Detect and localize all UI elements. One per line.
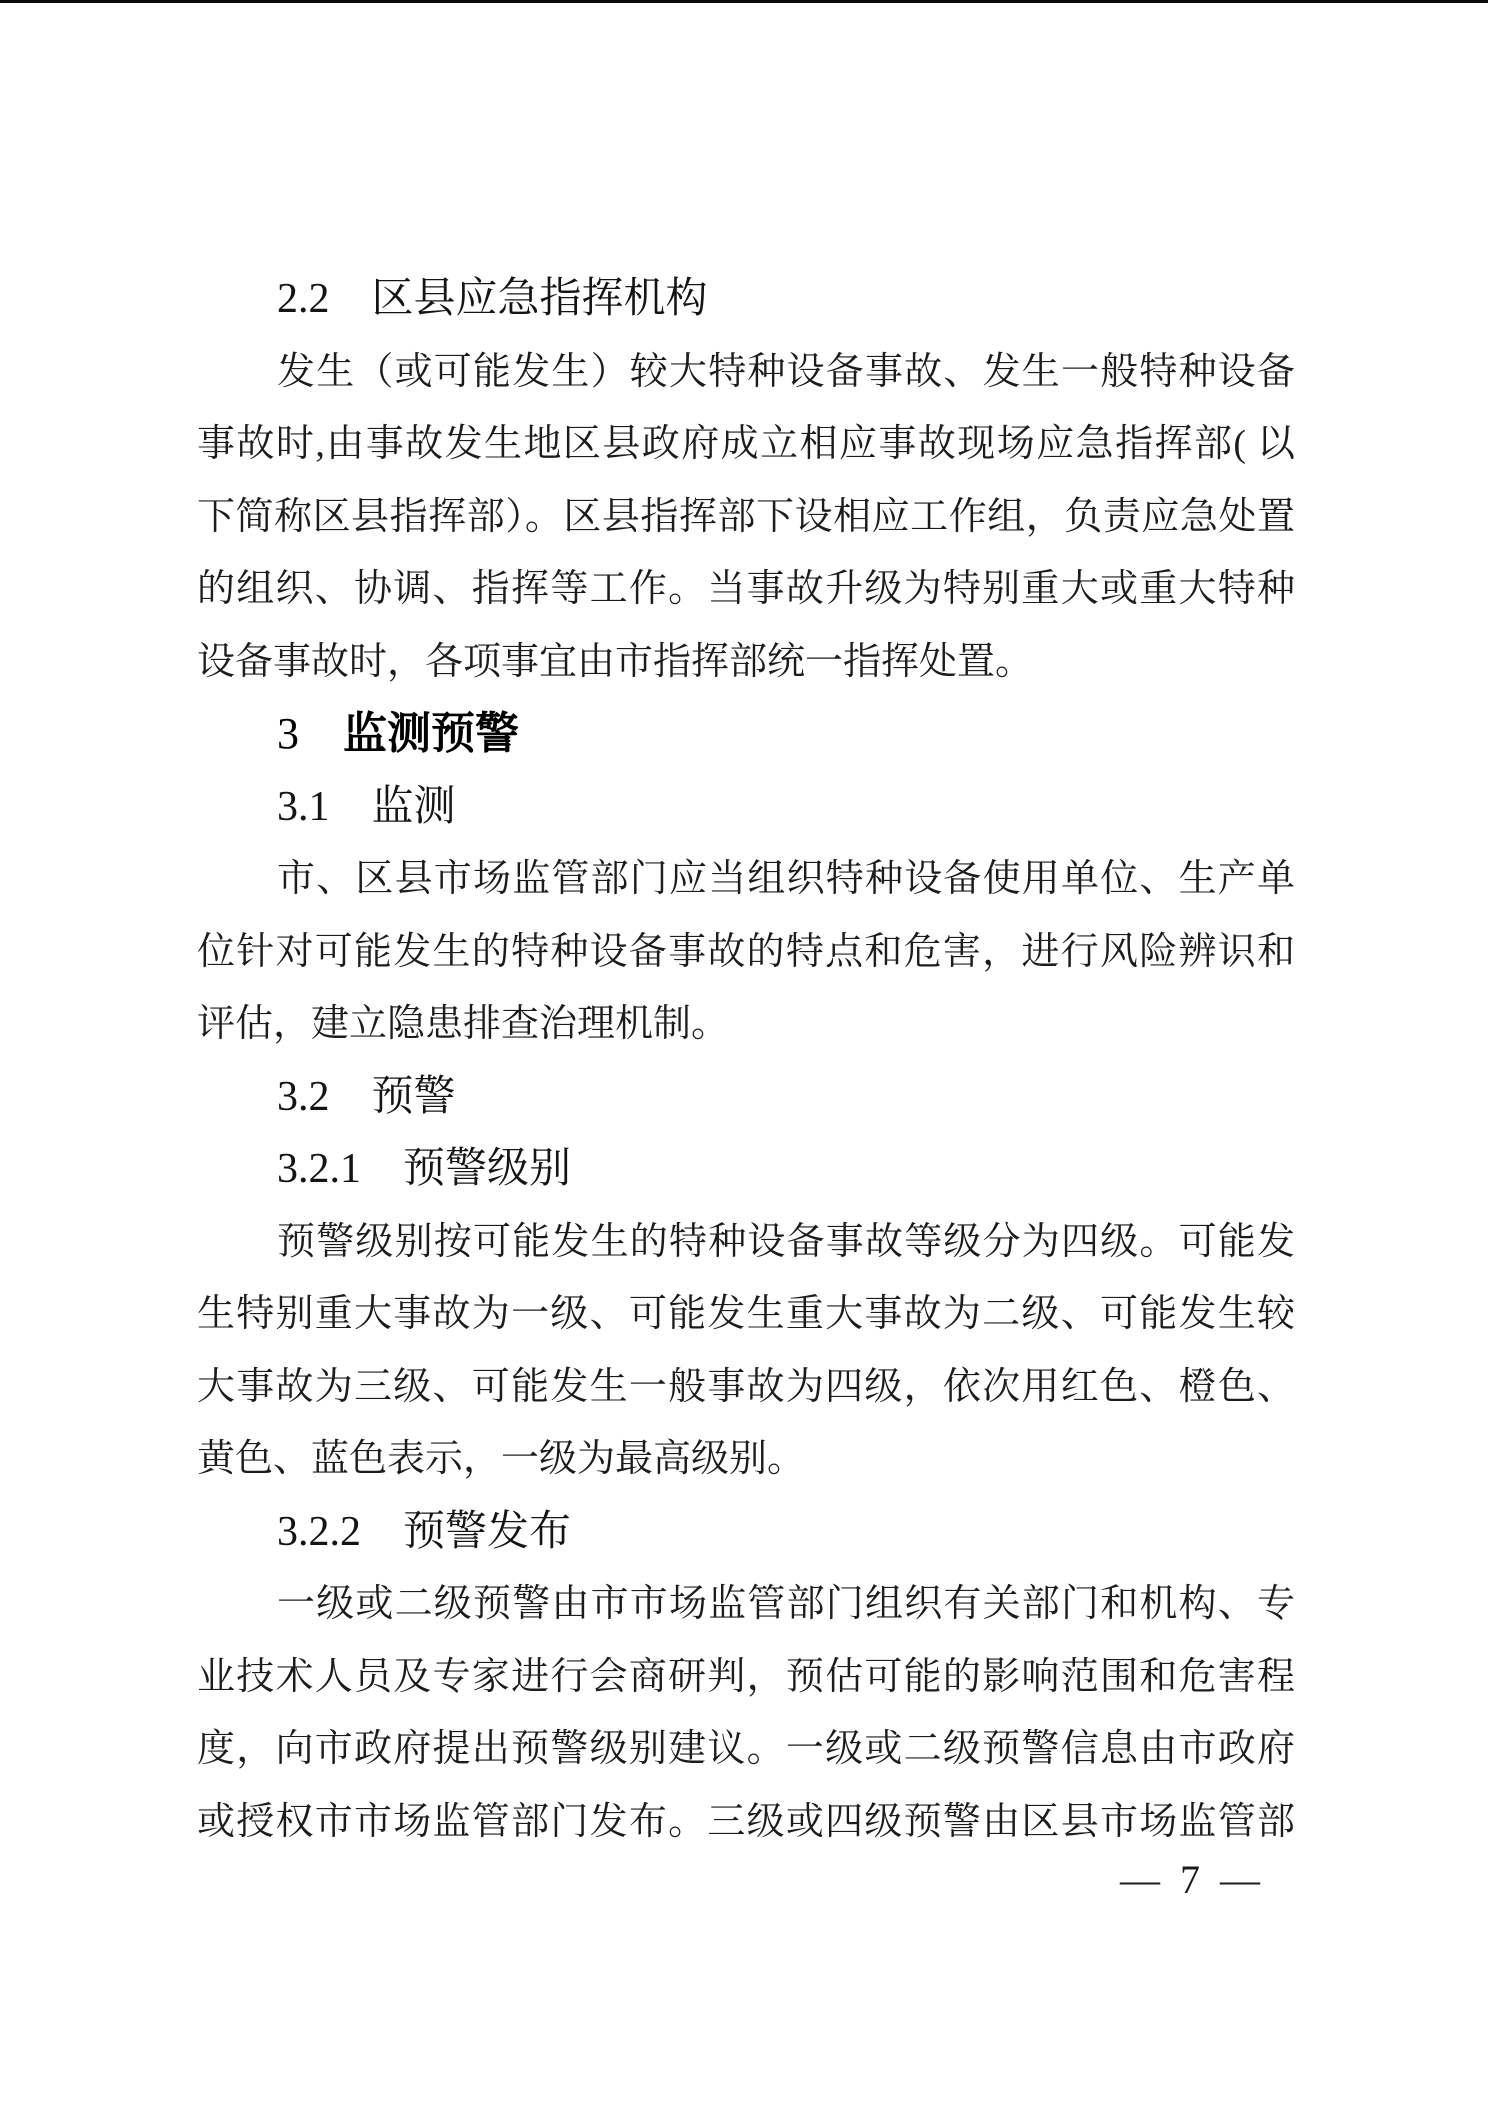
paragraph-line: 市、区县市场监管部门应当组织特种设备使用单位、生产单 (197, 843, 1295, 916)
heading-title: 预警发布 (403, 1509, 571, 1555)
paragraph-line: 或授权市市场监管部门发布。三级或四级预警由区县市场监管部 (197, 1786, 1295, 1859)
paragraph-line: 生特别重大事故为一级、可能发生重大事故为二级、可能发生较 (197, 1278, 1295, 1351)
paragraph-line: 业技术人员及专家进行会商研判，预估可能的影响范围和危害程 (197, 1641, 1295, 1714)
footer-dash-right: — (1220, 1857, 1260, 1902)
paragraph-line: 一级或二级预警由市市场监管部门组织有关部门和机构、专 (197, 1568, 1295, 1641)
top-scan-artifact (0, 0, 1488, 3)
section-heading-3-2-1: 3.2.1预警级别 (197, 1133, 1295, 1206)
page-footer: —7— (1040, 1856, 1340, 1903)
section-heading-3-2: 3.2预警 (197, 1061, 1295, 1134)
page-number: 7 (1180, 1857, 1200, 1902)
paragraph-line: 评估，建立隐患排查治理机制。 (197, 988, 1295, 1061)
paragraph-line: 预警级别按可能发生的特种设备事故等级分为四级。可能发 (197, 1206, 1295, 1279)
footer-dash-left: — (1120, 1857, 1160, 1902)
paragraph-line: 位针对可能发生的特种设备事故的特点和危害，进行风险辨识和 (197, 916, 1295, 989)
document-body: 2.2区县应急指挥机构 发生（或可能发生）较大特种设备事故、发生一般特种设备 事… (197, 263, 1295, 1858)
heading-number: 3.2.2 (277, 1509, 361, 1555)
heading-title: 区县应急指挥机构 (372, 276, 708, 322)
paragraph-line: 黄色、蓝色表示，一级为最高级别。 (197, 1423, 1295, 1496)
heading-number: 2.2 (277, 276, 330, 322)
heading-number: 3 (277, 709, 299, 758)
heading-number: 3.1 (277, 784, 330, 830)
heading-title: 预警 (372, 1074, 456, 1120)
section-heading-2-2: 2.2区县应急指挥机构 (197, 263, 1295, 336)
section-heading-3-1: 3.1监测 (197, 771, 1295, 844)
section-heading-3: 3监测预警 (197, 698, 1295, 771)
paragraph-line: 下简称区县指挥部）。区县指挥部下设相应工作组，负责应急处置 (197, 481, 1295, 554)
heading-title: 预警级别 (403, 1146, 571, 1192)
paragraph-line: 的组织、协调、指挥等工作。当事故升级为特别重大或重大特种 (197, 553, 1295, 626)
paragraph-line: 事故时,由事故发生地区县政府成立相应事故现场应急指挥部( 以 (197, 408, 1295, 481)
heading-number: 3.2.1 (277, 1146, 361, 1192)
paragraph-line: 发生（或可能发生）较大特种设备事故、发生一般特种设备 (197, 336, 1295, 409)
heading-title: 监测 (372, 784, 456, 830)
paragraph-line: 度，向市政府提出预警级别建议。一级或二级预警信息由市政府 (197, 1713, 1295, 1786)
section-heading-3-2-2: 3.2.2预警发布 (197, 1496, 1295, 1569)
paragraph-line: 大事故为三级、可能发生一般事故为四级，依次用红色、橙色、 (197, 1351, 1295, 1424)
paragraph-line: 设备事故时，各项事宜由市指挥部统一指挥处置。 (197, 626, 1295, 699)
document-page: 2.2区县应急指挥机构 发生（或可能发生）较大特种设备事故、发生一般特种设备 事… (0, 0, 1488, 2104)
heading-title: 监测预警 (343, 709, 519, 758)
heading-number: 3.2 (277, 1074, 330, 1120)
